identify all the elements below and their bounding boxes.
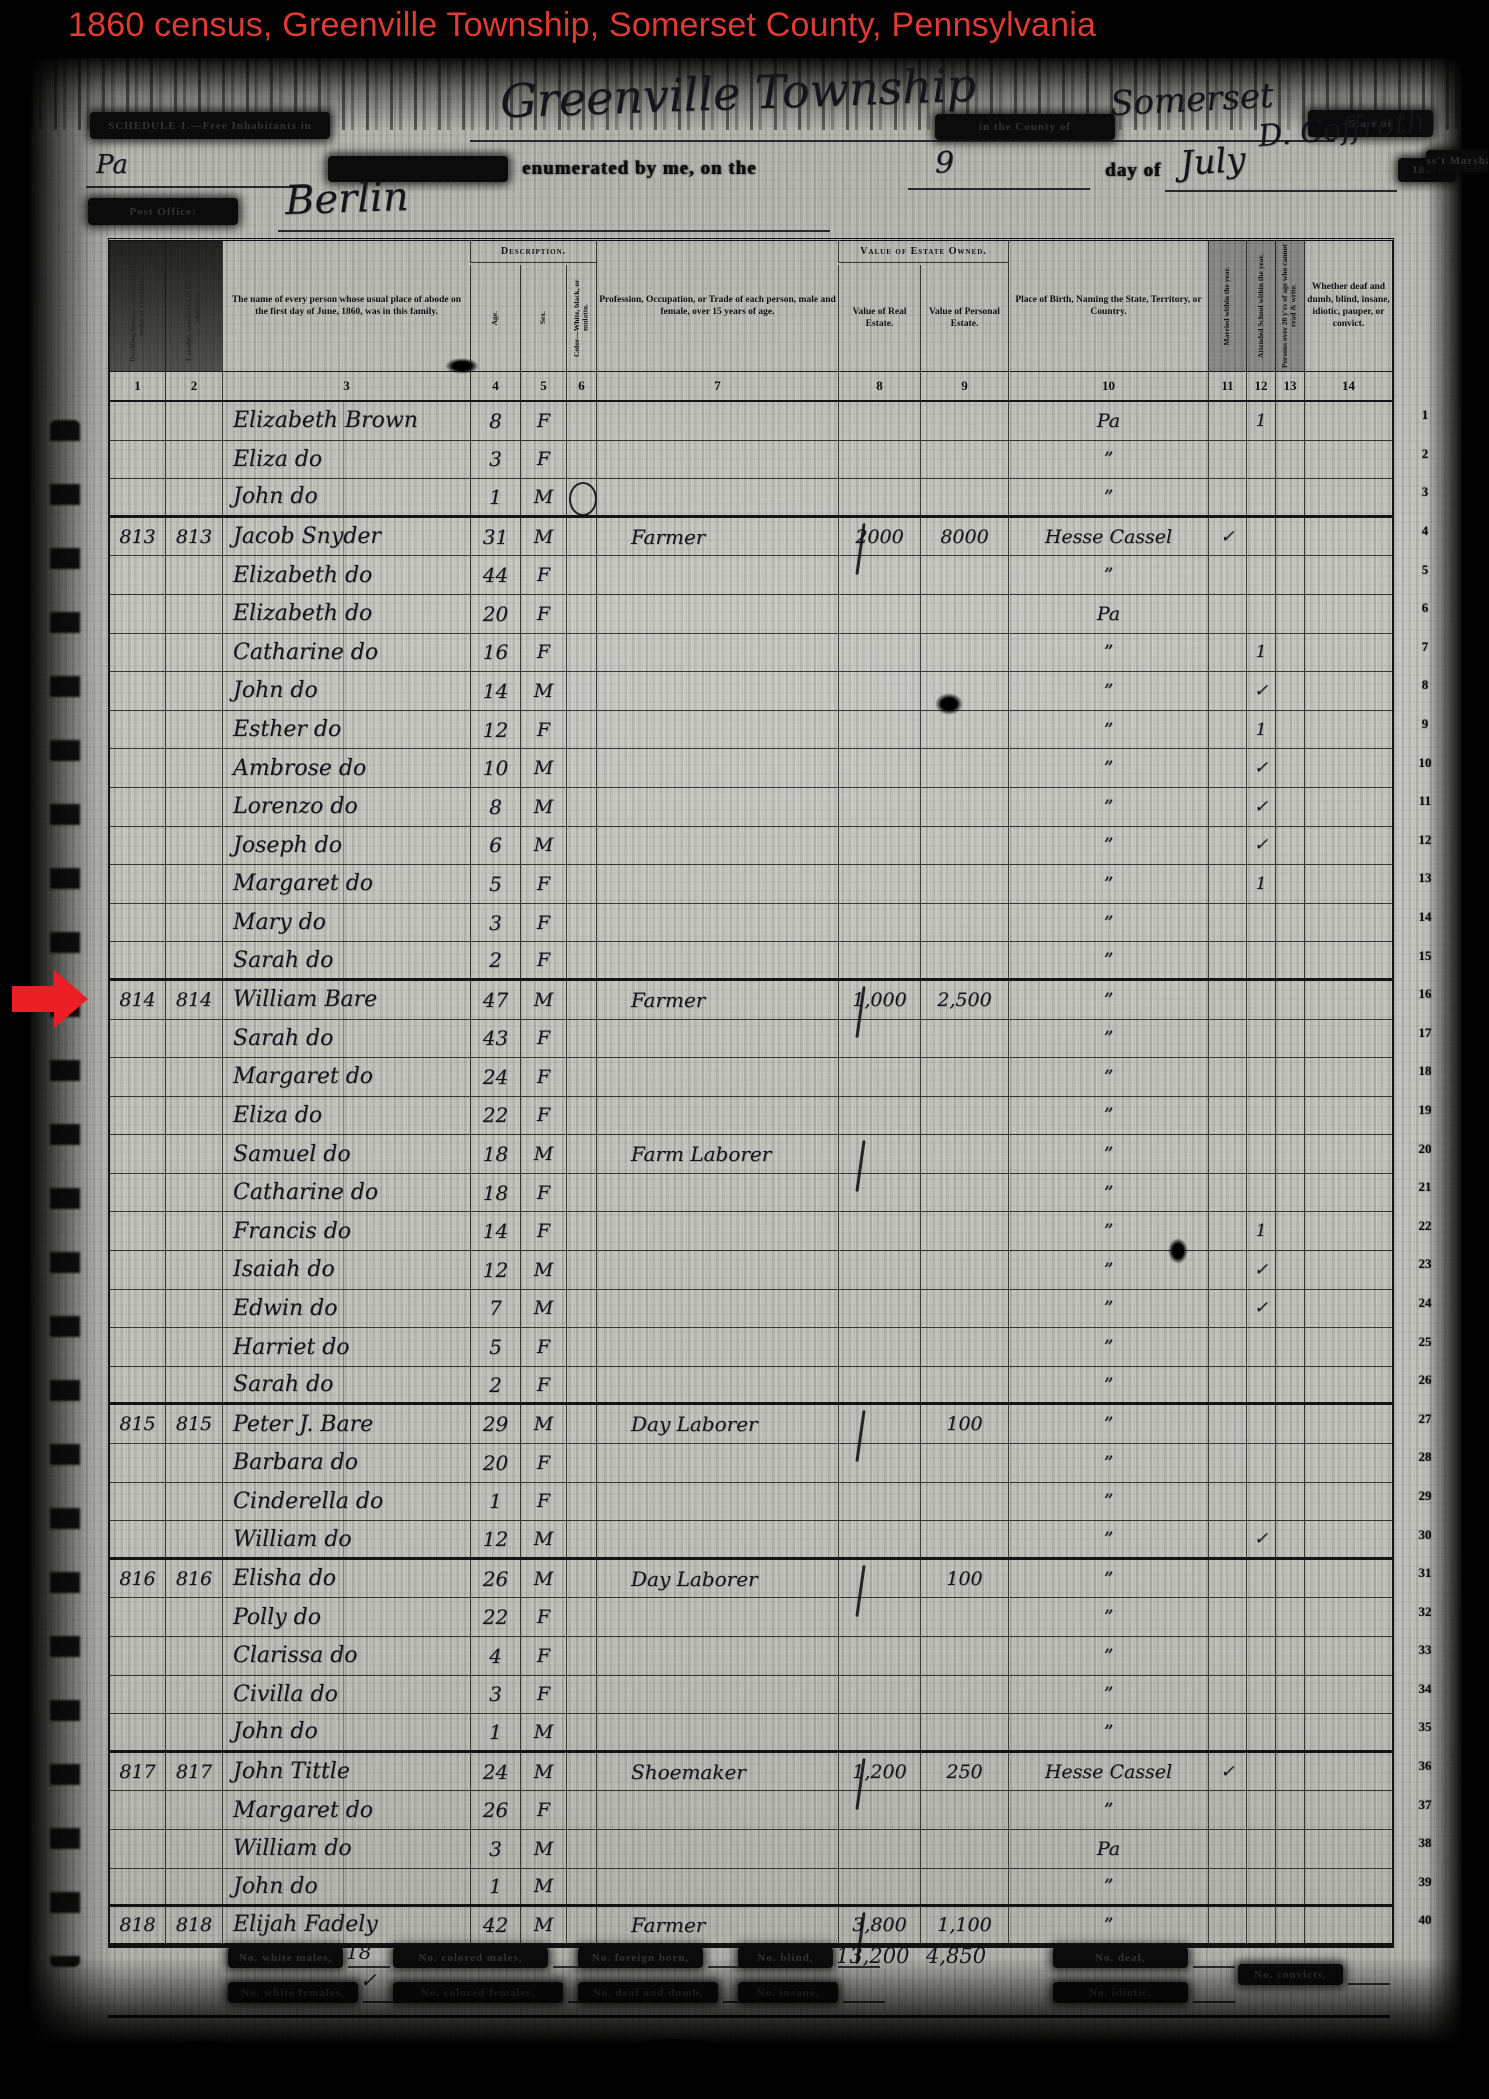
cell-value: Elizabeth Brown <box>233 408 418 433</box>
table-row: Sarah do43F” <box>110 1020 1392 1059</box>
line-number: 36 <box>1393 1747 1457 1786</box>
cell-color <box>566 904 596 942</box>
cell-value: 1 <box>1256 642 1267 662</box>
cell-married <box>1208 1328 1246 1366</box>
cell-real: 1,200 <box>838 1753 920 1791</box>
line-number: 5 <box>1393 550 1457 589</box>
cell-age: 12 <box>470 1521 520 1557</box>
line-number: 11 <box>1393 782 1457 821</box>
cell-value: 5 <box>489 1335 502 1359</box>
cell-value: F <box>537 719 550 741</box>
column-header-label: Profession, Occupation, or Trade of each… <box>599 294 836 319</box>
cell-birth: ” <box>1008 1367 1208 1403</box>
cell-color <box>566 1791 596 1829</box>
cell-married <box>1208 942 1246 978</box>
cell-remarks <box>1304 672 1392 710</box>
cell-age: 4 <box>470 1637 520 1675</box>
cell-remarks <box>1304 1869 1392 1905</box>
cell-name: Margaret do <box>222 1791 470 1829</box>
cell-real <box>838 1830 920 1868</box>
cell-dwelling <box>110 402 165 440</box>
cell-dwelling <box>110 827 165 865</box>
cell-school <box>1246 595 1275 633</box>
cell-dwelling <box>110 1058 165 1096</box>
cell-dwelling <box>110 788 165 826</box>
cell-school <box>1246 441 1275 479</box>
cell-family <box>165 1598 222 1636</box>
cell-dwelling <box>110 1598 165 1636</box>
cell-value: ✓ <box>1254 1529 1268 1549</box>
cell-married: ✓ <box>1208 518 1246 556</box>
cell-name: Eliza do <box>222 441 470 479</box>
cell-value: Civilla do <box>233 1682 338 1707</box>
cell-name: Lorenzo do <box>222 788 470 826</box>
cell-value: Barbara do <box>233 1450 358 1475</box>
footer-handwritten-count: 18 <box>346 1940 371 1964</box>
cell-personal <box>920 865 1008 903</box>
cell-value: Margaret do <box>233 1064 373 1089</box>
cell-occupation <box>596 711 838 749</box>
table-row: John do1M” <box>110 1714 1392 1753</box>
footer-label: No. deaf and dumb, <box>578 1982 718 2003</box>
table-row: William do12M”✓ <box>110 1521 1392 1560</box>
cell-value: Cinderella do <box>233 1489 383 1514</box>
printed-marshal-label: Ass't Marshal <box>1426 150 1488 172</box>
cell-value: 20 <box>483 602 508 626</box>
cell-real <box>838 1251 920 1289</box>
cell-personal <box>920 1174 1008 1212</box>
column-header-label: Families numbered in the order of visita… <box>185 243 202 369</box>
cell-value: 5 <box>489 872 502 896</box>
cell-real: 1,000 <box>838 981 920 1019</box>
cell-married <box>1208 1097 1246 1135</box>
cell-occupation <box>596 942 838 978</box>
cell-color <box>566 1560 596 1598</box>
cell-remarks <box>1304 1560 1392 1598</box>
cell-value: 8 <box>489 409 502 433</box>
table-row: Margaret do5F”1 <box>110 865 1392 904</box>
table-row: Lorenzo do8M”✓ <box>110 788 1392 827</box>
cell-color <box>566 827 596 865</box>
cell-value: 2 <box>489 948 502 972</box>
cell-real <box>838 1598 920 1636</box>
cell-value: Farmer <box>631 988 705 1012</box>
printed-enumerated-label: enumerated by me, on the <box>522 158 757 180</box>
cell-value: Hesse Cassel <box>1045 1761 1172 1783</box>
cell-personal <box>920 1869 1008 1905</box>
cell-remarks <box>1304 1367 1392 1403</box>
cell-sex: M <box>520 1251 566 1289</box>
line-number: 10 <box>1393 743 1457 782</box>
cell-color <box>566 441 596 479</box>
cell-value: 18 <box>483 1142 508 1166</box>
cell-value: Harriet do <box>233 1335 350 1360</box>
cell-value: 2,500 <box>937 989 991 1011</box>
table-row: Harriet do5F” <box>110 1328 1392 1367</box>
cell-family: 815 <box>165 1405 222 1443</box>
cell-value: ” <box>1104 448 1114 470</box>
cell-real <box>838 441 920 479</box>
cell-remarks <box>1304 556 1392 594</box>
cell-remarks <box>1304 1907 1392 1943</box>
cell-school: ✓ <box>1246 788 1275 826</box>
cell-value: F <box>537 1027 550 1049</box>
cell-remarks <box>1304 1598 1392 1636</box>
cell-family <box>165 1367 222 1403</box>
line-number: 21 <box>1393 1168 1457 1207</box>
cell-value: Elisha do <box>233 1566 336 1591</box>
cell-occupation <box>596 904 838 942</box>
cell-dwelling <box>110 749 165 787</box>
cell-remarks <box>1304 1483 1392 1521</box>
cell-married <box>1208 827 1246 865</box>
cell-school <box>1246 1058 1275 1096</box>
column-header-label: Attended School within the year. <box>1257 254 1266 358</box>
cell-married <box>1208 981 1246 1019</box>
cell-age: 3 <box>470 1830 520 1868</box>
cell-read <box>1275 865 1304 903</box>
cell-occupation <box>596 634 838 672</box>
cell-real <box>838 827 920 865</box>
cell-dwelling <box>110 711 165 749</box>
cell-name: Edwin do <box>222 1290 470 1328</box>
cell-value: ” <box>1104 680 1114 702</box>
cell-school <box>1246 981 1275 1019</box>
cell-real <box>838 1483 920 1521</box>
cell-school: ✓ <box>1246 1521 1275 1557</box>
cell-value: 31 <box>483 525 508 549</box>
cell-value: M <box>534 526 553 548</box>
cell-remarks <box>1304 788 1392 826</box>
census-table: Description.Value of Estate Owned.Dwelli… <box>108 238 1394 1948</box>
cell-age: 29 <box>470 1405 520 1443</box>
cell-personal <box>920 1058 1008 1096</box>
cell-birth: ” <box>1008 1521 1208 1557</box>
state-underline <box>86 186 308 188</box>
line-number: 28 <box>1393 1438 1457 1477</box>
cell-value: 14 <box>483 679 508 703</box>
cell-value: 47 <box>483 988 508 1012</box>
column-number: 12 <box>1246 372 1275 400</box>
column-header-name: The name of every person whose usual pla… <box>222 241 470 371</box>
cell-remarks <box>1304 981 1392 1019</box>
column-number: 8 <box>838 372 920 400</box>
cell-family: 816 <box>165 1560 222 1598</box>
cell-remarks <box>1304 595 1392 633</box>
line-number: 15 <box>1393 936 1457 975</box>
column-number: 1 <box>110 372 165 400</box>
column-header-label: Married within the year. <box>1223 267 1232 345</box>
cell-color <box>566 1830 596 1868</box>
cell-age: 6 <box>470 827 520 865</box>
table-row: William do3MPa <box>110 1830 1392 1869</box>
column-number: 13 <box>1275 372 1304 400</box>
cell-value: M <box>534 1259 553 1281</box>
cell-real <box>838 711 920 749</box>
cell-value: 8000 <box>940 526 988 548</box>
line-number: 9 <box>1393 705 1457 744</box>
line-number: 4 <box>1393 512 1457 551</box>
cell-birth: ” <box>1008 556 1208 594</box>
cell-read <box>1275 1521 1304 1557</box>
cell-value: ” <box>1104 1066 1114 1088</box>
cell-occupation <box>596 1020 838 1058</box>
cell-birth: Pa <box>1008 595 1208 633</box>
cell-value: Day Laborer <box>631 1412 758 1436</box>
cell-occupation <box>596 672 838 710</box>
cell-dwelling: 816 <box>110 1560 165 1598</box>
cell-remarks <box>1304 518 1392 556</box>
cell-value: ” <box>1104 757 1114 779</box>
cell-school <box>1246 1907 1275 1943</box>
cell-sex: M <box>520 1753 566 1791</box>
cell-birth: ” <box>1008 1135 1208 1173</box>
cell-read <box>1275 441 1304 479</box>
cell-personal <box>920 1328 1008 1366</box>
column-number: 5 <box>520 372 566 400</box>
cell-family <box>165 1020 222 1058</box>
cell-occupation <box>596 1521 838 1557</box>
cell-value: Hesse Cassel <box>1045 526 1172 548</box>
cell-value: 816 <box>176 1568 212 1590</box>
cell-birth: ” <box>1008 1174 1208 1212</box>
cell-dwelling <box>110 1444 165 1482</box>
cell-personal <box>920 1483 1008 1521</box>
page-title: 1860 census, Greenville Township, Somers… <box>68 6 1096 45</box>
binding-hole-marks <box>50 420 80 1967</box>
cell-value: 813 <box>176 526 212 548</box>
cell-value: ” <box>1104 1374 1114 1396</box>
cell-real <box>838 1174 920 1212</box>
cell-school <box>1246 1753 1275 1791</box>
cell-value: Ambrose do <box>233 756 366 781</box>
cell-dwelling <box>110 1521 165 1557</box>
cell-age: 44 <box>470 556 520 594</box>
cell-value: 20 <box>483 1451 508 1475</box>
cell-name: Cinderella do <box>222 1483 470 1521</box>
county-handwritten: Somerset <box>1109 76 1274 125</box>
table-row: Isaiah do12M”✓ <box>110 1251 1392 1290</box>
cell-read <box>1275 402 1304 440</box>
cell-value: M <box>534 1914 553 1936</box>
cell-family <box>165 1637 222 1675</box>
line-number: 24 <box>1393 1284 1457 1323</box>
cell-value: 818 <box>119 1914 155 1936</box>
cell-occupation <box>596 1328 838 1366</box>
cell-read <box>1275 556 1304 594</box>
footer-blank-line <box>843 2001 885 2003</box>
cell-name: Catharine do <box>222 1174 470 1212</box>
footer-label: No. foreign born, <box>578 1947 703 1968</box>
cell-married <box>1208 1444 1246 1482</box>
cell-color <box>566 1367 596 1403</box>
cell-color <box>566 556 596 594</box>
cell-value: F <box>537 1374 550 1396</box>
cell-school <box>1246 1714 1275 1750</box>
cell-name: Elijah Fadely <box>222 1907 470 1943</box>
cell-color <box>566 634 596 672</box>
line-number-margin: 1234567891011121314151617181920212223242… <box>1393 396 1457 1940</box>
cell-name: John do <box>222 1714 470 1750</box>
cell-birth: ” <box>1008 827 1208 865</box>
cell-personal <box>920 942 1008 978</box>
cell-name: Margaret do <box>222 865 470 903</box>
cell-value: ” <box>1104 834 1114 856</box>
table-row: Margaret do24F” <box>110 1058 1392 1097</box>
line-number: 26 <box>1393 1361 1457 1400</box>
cell-name: Catharine do <box>222 634 470 672</box>
cell-color <box>566 1290 596 1328</box>
cell-real <box>838 1714 920 1750</box>
line-number: 13 <box>1393 859 1457 898</box>
cell-married: ✓ <box>1208 1753 1246 1791</box>
cell-married <box>1208 1405 1246 1443</box>
cell-sex: F <box>520 1791 566 1829</box>
cell-value: Farm Laborer <box>631 1142 771 1166</box>
cell-read <box>1275 1328 1304 1366</box>
table-row: Elizabeth do44F” <box>110 556 1392 595</box>
cell-color <box>566 1869 596 1905</box>
footer-label: No. blind, <box>738 1947 833 1968</box>
footer-label: No. white males, <box>228 1947 343 1968</box>
cell-value: 24 <box>483 1065 508 1089</box>
cell-sex: F <box>520 1058 566 1096</box>
cell-value: F <box>537 603 550 625</box>
cell-read <box>1275 1020 1304 1058</box>
cell-value: 818 <box>176 1914 212 1936</box>
cell-value: ” <box>1104 486 1114 508</box>
cell-value: 42 <box>483 1913 508 1937</box>
cell-age: 10 <box>470 749 520 787</box>
cell-birth: ” <box>1008 672 1208 710</box>
cell-family <box>165 1097 222 1135</box>
cell-value: F <box>537 1452 550 1474</box>
column-number: 9 <box>920 372 1008 400</box>
cell-name: Elizabeth do <box>222 595 470 633</box>
cell-dwelling <box>110 556 165 594</box>
column-header-birth: Place of Birth, Naming the State, Territ… <box>1008 241 1208 371</box>
cell-family <box>165 634 222 672</box>
month-underline <box>1165 190 1397 192</box>
cell-married <box>1208 904 1246 942</box>
cell-read <box>1275 634 1304 672</box>
cell-remarks <box>1304 402 1392 440</box>
cell-real <box>838 1791 920 1829</box>
cell-value: 16 <box>483 640 508 664</box>
cell-value: Isaiah do <box>233 1257 335 1282</box>
line-number: 14 <box>1393 898 1457 937</box>
cell-birth: ” <box>1008 865 1208 903</box>
cell-age: 14 <box>470 672 520 710</box>
cell-color <box>566 1676 596 1714</box>
cell-age: 2 <box>470 942 520 978</box>
cell-dwelling <box>110 1251 165 1289</box>
cell-birth: ” <box>1008 942 1208 978</box>
column-number: 7 <box>596 372 838 400</box>
cell-dwelling: 817 <box>110 1753 165 1791</box>
column-number: 4 <box>470 372 520 400</box>
cell-married <box>1208 1907 1246 1943</box>
cell-age: 24 <box>470 1058 520 1096</box>
cell-occupation <box>596 1483 838 1521</box>
cell-sex: M <box>520 827 566 865</box>
cell-read <box>1275 1367 1304 1403</box>
cell-school: ✓ <box>1246 1251 1275 1289</box>
cell-value: F <box>537 1606 550 1628</box>
line-number: 3 <box>1393 473 1457 512</box>
table-row: Francis do14F”1 <box>110 1212 1392 1251</box>
cell-real <box>838 1058 920 1096</box>
cell-read <box>1275 1791 1304 1829</box>
cell-remarks <box>1304 1637 1392 1675</box>
cell-remarks <box>1304 1830 1392 1868</box>
table-row: Elizabeth Brown8FPa1 <box>110 402 1392 441</box>
cell-personal <box>920 749 1008 787</box>
cell-age: 24 <box>470 1753 520 1791</box>
cell-value: ” <box>1104 873 1114 895</box>
cell-personal: 2,500 <box>920 981 1008 1019</box>
cell-value: M <box>534 486 553 508</box>
cell-value: John do <box>233 678 318 703</box>
cell-value: F <box>537 1066 550 1088</box>
cell-value: F <box>537 564 550 586</box>
printed-schedule-label: SCHEDULE 1.—Free Inhabitants in <box>90 112 330 139</box>
cell-real <box>838 1560 920 1598</box>
cell-value: ” <box>1104 796 1114 818</box>
cell-value: ” <box>1104 1297 1114 1319</box>
cell-value: 26 <box>483 1798 508 1822</box>
table-row: Esther do12F”1 <box>110 711 1392 750</box>
footer-blank-line <box>1193 1966 1235 1968</box>
column-header-sex: Sex. <box>520 265 566 371</box>
cell-personal <box>920 441 1008 479</box>
line-number: 35 <box>1393 1708 1457 1747</box>
cell-value: ” <box>1104 1490 1114 1512</box>
cell-name: Ambrose do <box>222 749 470 787</box>
cell-occupation: Day Laborer <box>596 1405 838 1443</box>
cell-value: 1 <box>489 1489 502 1513</box>
table-row: Elizabeth do20FPa <box>110 595 1392 634</box>
line-number: 32 <box>1393 1592 1457 1631</box>
footer-blank-line <box>1193 2001 1235 2003</box>
cell-remarks <box>1304 749 1392 787</box>
cell-married <box>1208 749 1246 787</box>
column-header-label: Value of Personal Estate. <box>923 306 1006 331</box>
cell-school <box>1246 1174 1275 1212</box>
cell-sex: F <box>520 1367 566 1403</box>
cell-age: 3 <box>470 1676 520 1714</box>
cell-name: Margaret do <box>222 1058 470 1096</box>
cell-age: 8 <box>470 788 520 826</box>
cell-value: M <box>534 1568 553 1590</box>
cell-real <box>838 402 920 440</box>
cell-married <box>1208 865 1246 903</box>
column-header-label: The name of every person whose usual pla… <box>225 294 468 319</box>
cell-age: 5 <box>470 865 520 903</box>
cell-name: Harriet do <box>222 1328 470 1366</box>
cell-dwelling <box>110 479 165 515</box>
cell-value: Sarah do <box>233 1026 333 1051</box>
cell-school <box>1246 1444 1275 1482</box>
cell-dwelling: 813 <box>110 518 165 556</box>
cell-value: Pa <box>1097 1838 1120 1860</box>
cell-school <box>1246 1405 1275 1443</box>
cell-family <box>165 827 222 865</box>
footer-label: No. idiotic, <box>1053 1982 1188 2003</box>
cell-value: ✓ <box>1254 1260 1268 1280</box>
cell-name: John do <box>222 1869 470 1905</box>
cell-value: John do <box>233 484 318 509</box>
